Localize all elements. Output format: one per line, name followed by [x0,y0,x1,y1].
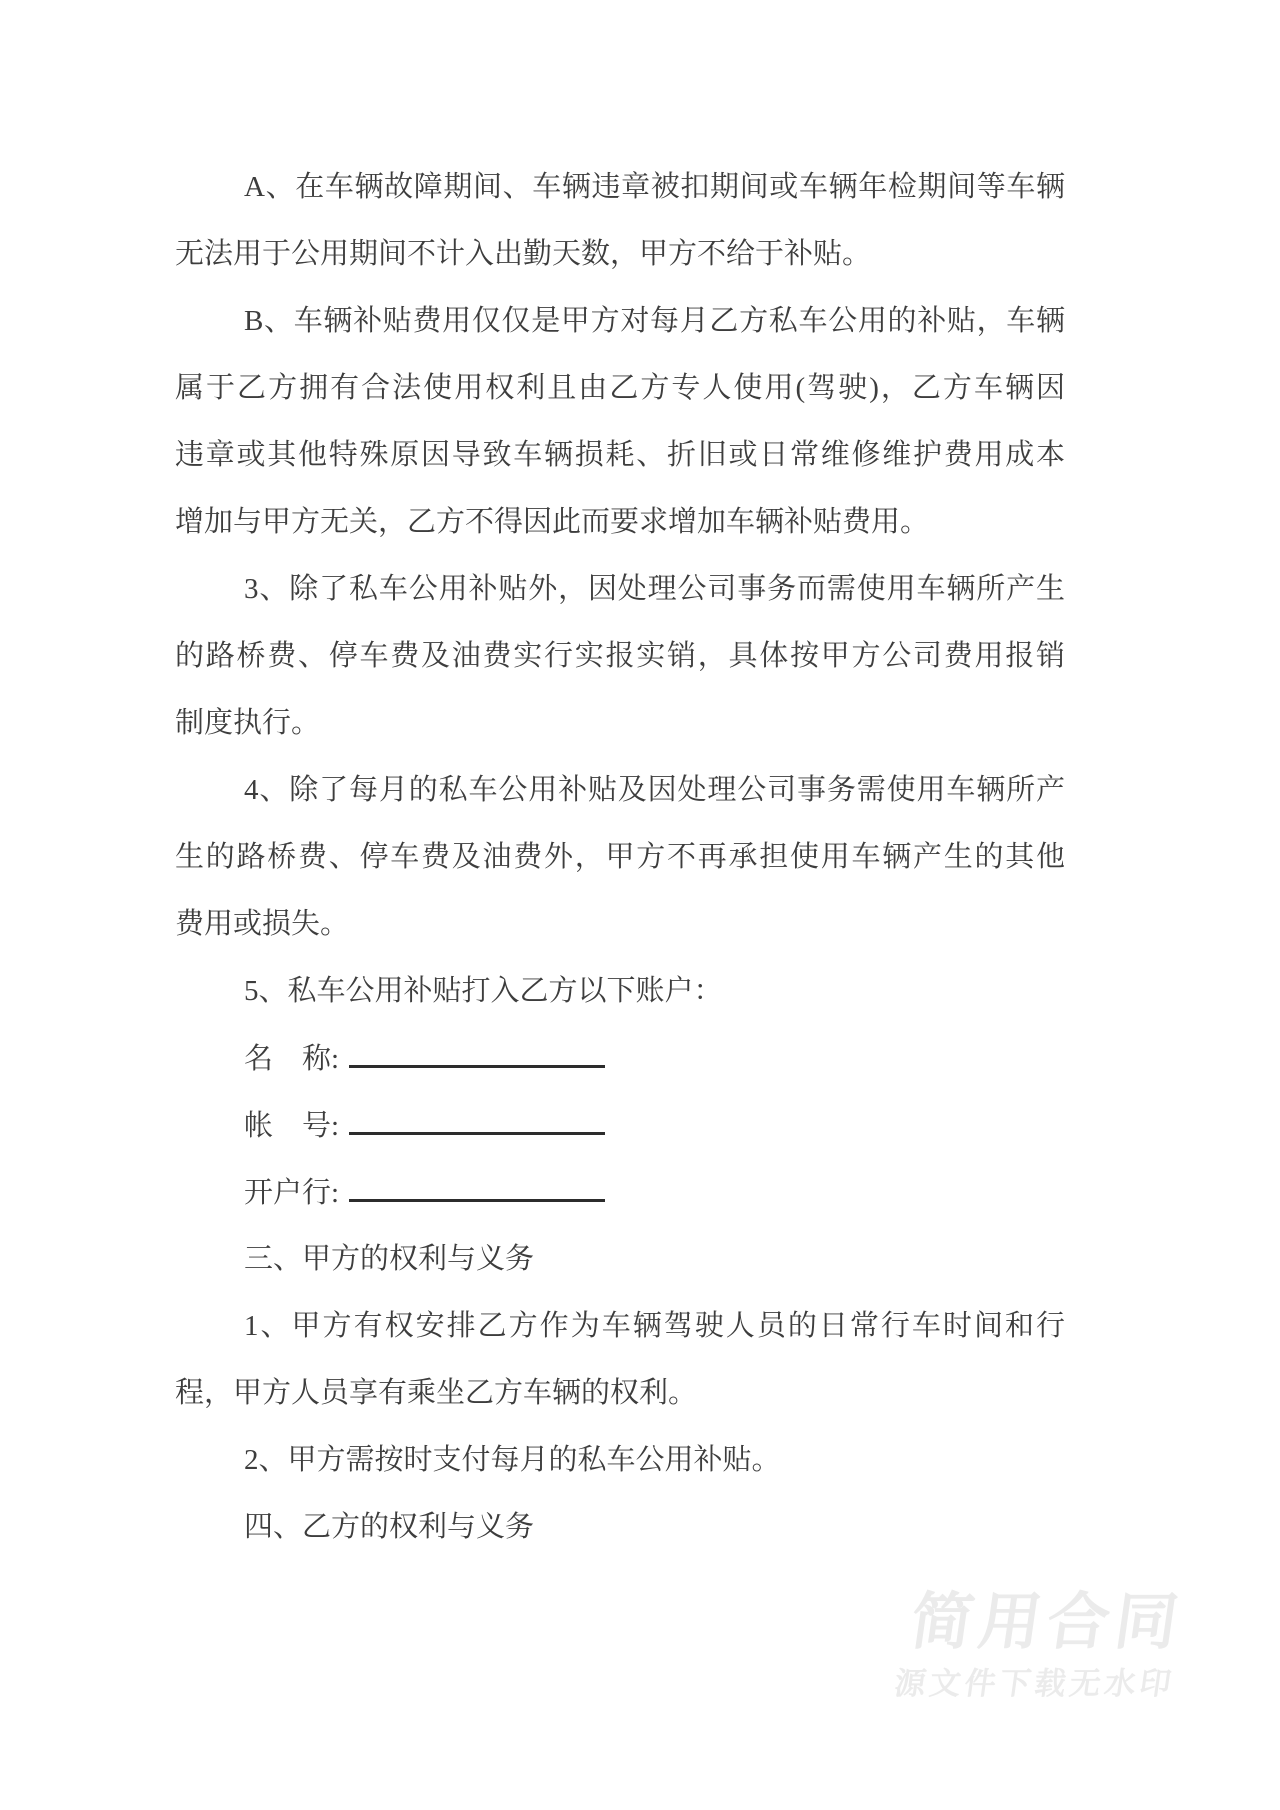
account-number-label: 帐 号: [244,1110,339,1142]
contract-line: 无法用于公用期间不计入出勤天数，甲方不给于补贴。 [175,221,1065,288]
watermark: 简用合同 源文件下载无水印 [892,1591,1187,1701]
watermark-subtitle: 源文件下载无水印 [892,1667,1177,1701]
contract-line: 生的路桥费、停车费及油费外，甲方不再承担使用车辆产生的其他 [175,824,1065,891]
contract-line: 违章或其他特殊原因导致车辆损耗、折旧或日常维修维护费用成本 [175,422,1065,489]
contract-line: 5、私车公用补贴打入乙方以下账户： [175,958,1065,1025]
bank-branch-row: 开户行: [175,1159,1065,1226]
section-heading-party-b: 四、乙方的权利与义务 [175,1494,1065,1561]
contract-line: 制度执行。 [175,690,1065,757]
contract-line: A、在车辆故障期间、车辆违章被扣期间或车辆年检期间等车辆 [175,154,1065,221]
contract-line: 费用或损失。 [175,891,1065,958]
account-name-blank-field[interactable] [349,1025,605,1068]
contract-line: 1、甲方有权安排乙方作为车辆驾驶人员的日常行车时间和行 [175,1293,1065,1360]
bank-branch-label: 开户行: [244,1177,339,1209]
watermark-title: 简用合同 [899,1591,1188,1655]
contract-line: 3、除了私车公用补贴外，因处理公司事务而需使用车辆所产生 [175,556,1065,623]
contract-line: 属于乙方拥有合法使用权利且由乙方专人使用(驾驶)，乙方车辆因 [175,355,1065,422]
contract-page-body: A、在车辆故障期间、车辆违章被扣期间或车辆年检期间等车辆 无法用于公用期间不计入… [175,154,1065,1561]
bank-branch-blank-field[interactable] [349,1159,605,1202]
account-number-blank-field[interactable] [349,1092,605,1135]
account-name-label: 名 称: [244,1043,339,1075]
account-name-row: 名 称: [175,1025,1065,1092]
contract-line: 增加与甲方无关，乙方不得因此而要求增加车辆补贴费用。 [175,489,1065,556]
section-heading-party-a: 三、甲方的权利与义务 [175,1226,1065,1293]
contract-line: 的路桥费、停车费及油费实行实报实销，具体按甲方公司费用报销 [175,623,1065,690]
contract-line: 2、甲方需按时支付每月的私车公用补贴。 [175,1427,1065,1494]
contract-line: 程，甲方人员享有乘坐乙方车辆的权利。 [175,1360,1065,1427]
contract-line: B、车辆补贴费用仅仅是甲方对每月乙方私车公用的补贴，车辆 [175,288,1065,355]
account-number-row: 帐 号: [175,1092,1065,1159]
contract-line: 4、除了每月的私车公用补贴及因处理公司事务需使用车辆所产 [175,757,1065,824]
